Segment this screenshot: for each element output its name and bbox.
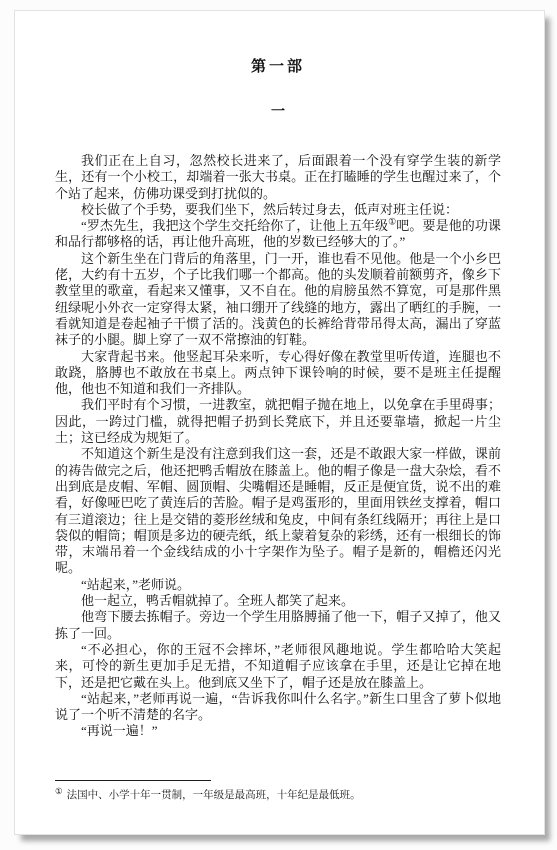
book-page: 第一部 一 我们正在上自习，忽然校长进来了，后面跟着一个没有穿学生装的新学生，还… (14, 10, 545, 835)
body-paragraphs: 我们正在上自习，忽然校长进来了，后面跟着一个没有穿学生装的新学生，还有一个小校工… (55, 153, 501, 740)
paragraph: “站起来，”老师说。 (55, 577, 501, 593)
paragraph: “站起来，”老师再说一遍，“告诉我你叫什么名字。”新生口里含了萝卜似地说了一个听… (55, 691, 501, 724)
paragraph: “罗杰先生，我把这个学生交托给你了，让他上五年级①吧。要是他的功课和品行都够格的… (55, 218, 501, 251)
chapter-title: 一 (55, 105, 501, 121)
part-title: 第一部 (55, 58, 501, 76)
paragraph: 他弯下腰去拣帽子。旁边一个学生用胳膊捅了他一下，帽子又掉了，他又拣了一回。 (55, 609, 501, 642)
page-content: 第一部 一 我们正在上自习，忽然校长进来了，后面跟着一个没有穿学生装的新学生，还… (15, 11, 544, 834)
footnote-ref-marker: ① (388, 217, 396, 227)
footnote-area: ①法国中、小学十年一贯制，一年级是最高班，十年纪是最低班。 (55, 780, 501, 803)
paragraph: “再说一遍！” (55, 723, 501, 739)
paragraph: 我们平时有个习惯，一进教室，就把帽子抛在地上，以免拿在手里碍事；因此，一跨过门槛… (55, 397, 501, 446)
paragraph: 我们正在上自习，忽然校长进来了，后面跟着一个没有穿学生装的新学生，还有一个小校工… (55, 153, 501, 202)
paragraph: 大家背起书来。他竖起耳朵来听，专心得好像在教堂里听传道，连腿也不敢跷，胳膊也不敢… (55, 349, 501, 398)
paragraph: “不必担心，你的王冠不会摔坏，”老师很风趣地说。学生都哈哈大笑起来，可怜的新生更… (55, 642, 501, 691)
footnote-marker: ① (55, 786, 63, 796)
footnote: ①法国中、小学十年一贯制，一年级是最高班，十年纪是最低班。 (55, 789, 501, 803)
paragraph: 不知道这个新生是没有注意到我们这一套，还是不敢跟大家一样做，课前的祷告做完之后，… (55, 446, 501, 576)
footnote-text: 法国中、小学十年一贯制，一年级是最高班，十年纪是最低班。 (67, 790, 361, 801)
paragraph: 他一起立，鸭舌帽就掉了。全班人都笑了起来。 (55, 593, 501, 609)
footnote-divider (55, 780, 211, 781)
scanned-page-background: 第一部 一 我们正在上自习，忽然校长进来了，后面跟着一个没有穿学生装的新学生，还… (0, 0, 557, 850)
paragraph: 这个新生坐在门背后的角落里，门一开，谁也看不见他。他是一个小乡巴佬，大约有十五岁… (55, 251, 501, 349)
paragraph: 校长做了个手势，要我们坐下，然后转过身去，低声对班主任说： (55, 202, 501, 218)
